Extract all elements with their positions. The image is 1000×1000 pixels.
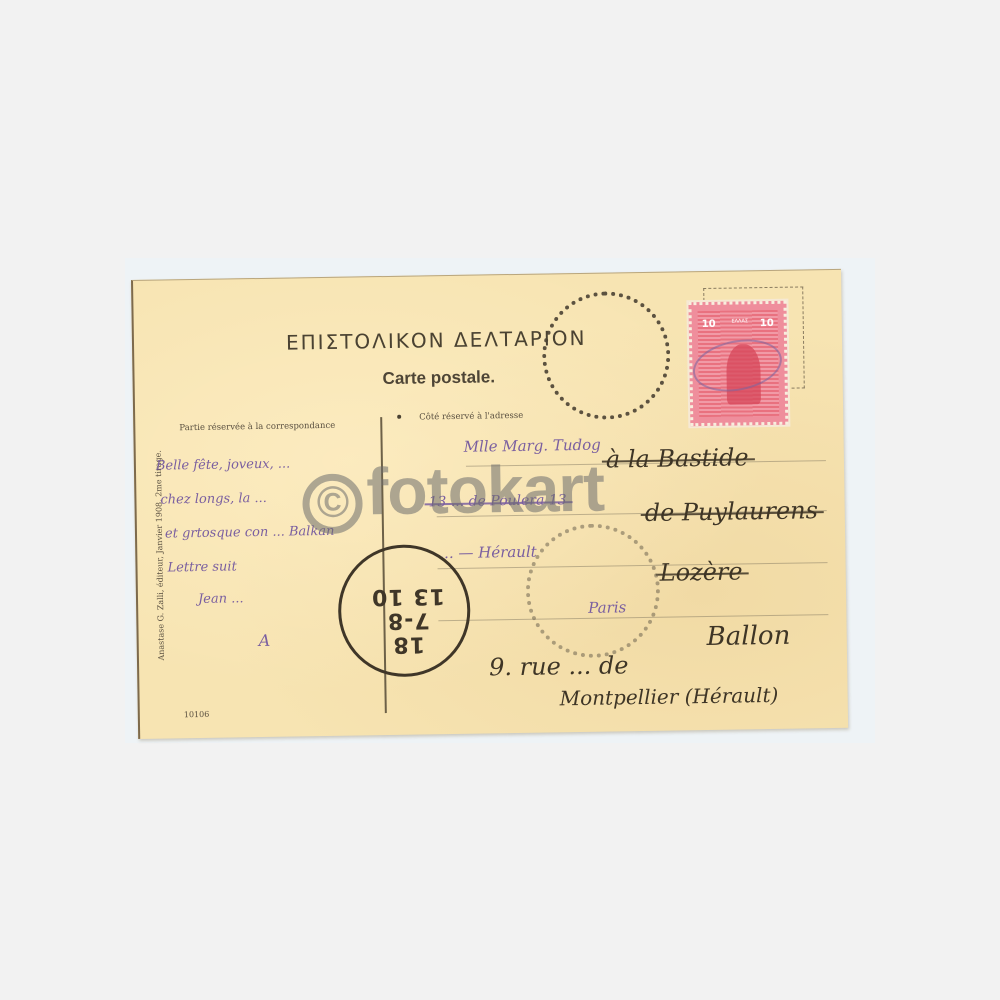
postage-stamp: 10 ΕΛΛΑΣ 10 (688, 301, 788, 427)
postmark-top (541, 291, 671, 421)
redirect-line-1: à la Bastide (606, 443, 749, 473)
label-address: Côté réservé à l'adresse (419, 411, 523, 423)
catalog-number: 10106 (184, 710, 210, 719)
label-correspondence: Partie réservée à la correspondance (179, 421, 335, 433)
message-line: Jean ... (198, 591, 244, 607)
postmark-black: 18 7-8 13 10 (337, 544, 471, 678)
message-line: Belle fête, joveux, ... (156, 457, 291, 474)
title-french: Carte postale. (382, 367, 495, 389)
message-line: Lettre suit (167, 559, 236, 575)
redirect-line-3: Lozère (659, 557, 742, 586)
stamp-cancellation (689, 332, 787, 398)
message-signature: A (259, 631, 271, 650)
redirect-city: Montpellier (Hérault) (559, 683, 778, 710)
bullet-dot (397, 415, 401, 419)
postcard: ΕΠΙΣΤΟΛΙΚΟΝ ΔΕΛΤΑΡΙΟΝ Carte postale. Par… (131, 269, 848, 739)
publisher-line: Anastase G. Zalli, éditeur, Janvier 1908… (154, 450, 166, 661)
redirect-line-2: de Puylaurens (645, 496, 819, 527)
message-line: chez longs, la ... (160, 491, 267, 508)
postmark-faint (525, 523, 661, 659)
stamp-country: ΕΛΛΑΣ (720, 318, 760, 325)
watermark-text: fotokart (366, 451, 605, 529)
title-greek: ΕΠΙΣΤΟΛΙΚΟΝ ΔΕΛΤΑΡΙΟΝ (286, 326, 587, 355)
address-city: ... — Hérault (439, 543, 537, 563)
postmark-date: 18 7-8 13 10 (371, 583, 446, 656)
stamp-value-left: 10 (702, 319, 716, 330)
copyright-icon: © (302, 473, 363, 534)
redirect-name: Ballon (706, 621, 790, 652)
watermark: ©fotokart (302, 450, 605, 533)
stamp-value-right: 10 (760, 318, 774, 329)
